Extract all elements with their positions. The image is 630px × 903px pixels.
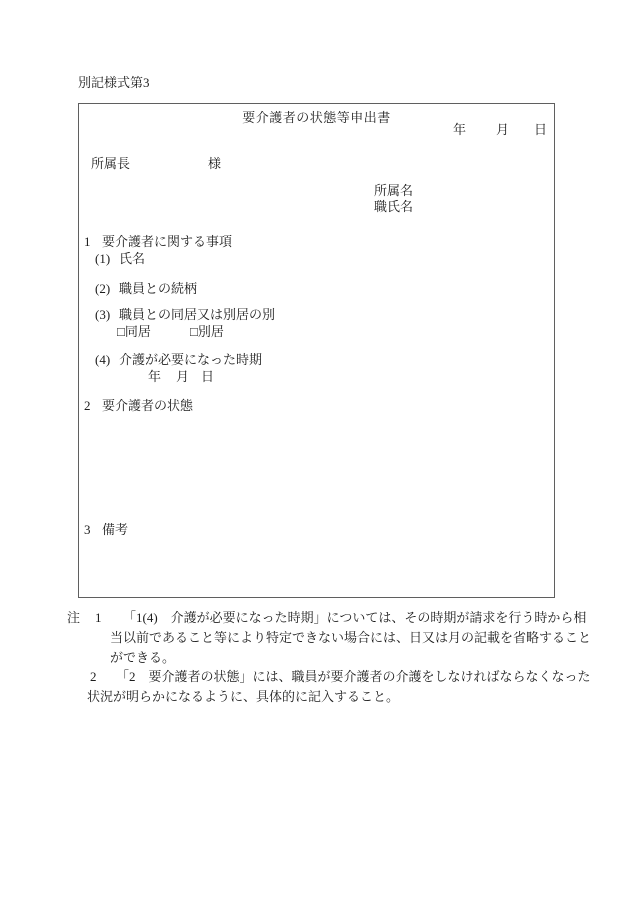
addressee-honorific: 様 (208, 157, 221, 170)
section1-heading: 要介護者に関する事項 (102, 235, 232, 248)
item1-number: (1) (95, 252, 110, 265)
date-year-label: 年 (453, 123, 466, 136)
item4-month-label: 月 (176, 370, 189, 383)
note1-line2: 当以前であること等により特定できない場合には、日又は月の記載を省略すること (110, 631, 591, 644)
checkbox-living-together-icon[interactable]: □ (117, 325, 125, 338)
date-month-label: 月 (496, 123, 509, 136)
section2-number: 2 (84, 399, 91, 412)
name-label: 職氏名 (374, 200, 413, 213)
section2-heading: 要介護者の状態 (102, 399, 193, 412)
form-box: 要介護者の状態等申出書 年 月 日 所属長 様 所属名 職氏名 1 要介護者に関… (78, 103, 555, 598)
item4-day-label: 日 (201, 370, 214, 383)
item4-year-label: 年 (148, 370, 161, 383)
date-day-label: 日 (534, 123, 547, 136)
option-living-apart-label: 別居 (198, 324, 224, 339)
item4-number: (4) (95, 353, 110, 366)
option-living-together: □同居 (117, 325, 151, 338)
section3-number: 3 (84, 523, 91, 536)
note2-line1: 「2 要介護者の状態」には、職員が要介護者の介護をしなければならなくなった (116, 670, 591, 683)
item2-number: (2) (95, 282, 110, 295)
item4-label: 介護が必要になった時期 (119, 353, 262, 366)
document-page: 別記様式第3 要介護者の状態等申出書 年 月 日 所属長 様 所属名 職氏名 1… (0, 0, 630, 903)
section3-heading: 備考 (102, 523, 128, 536)
item3-label: 職員との同居又は別居の別 (119, 308, 275, 321)
section1-number: 1 (84, 235, 91, 248)
notes-marker: 注 (67, 611, 80, 624)
option-living-together-label: 同居 (125, 324, 151, 339)
note2-number: 2 (90, 670, 97, 683)
note1-number: 1 (95, 611, 102, 624)
item1-label: 氏名 (119, 252, 145, 265)
note1-line1: 「1(4) 介護が必要になった時期」については、その時期が請求を行う時から相 (123, 611, 586, 624)
note2-line2: 状況が明らかになるように、具体的に記入すること。 (87, 690, 399, 703)
note1-line3: ができる。 (110, 651, 175, 664)
addressee-label: 所属長 (91, 157, 130, 170)
form-title: 要介護者の状態等申出書 (79, 111, 554, 124)
item3-number: (3) (95, 308, 110, 321)
checkbox-living-apart-icon[interactable]: □ (190, 325, 198, 338)
affiliation-label: 所属名 (374, 184, 413, 197)
option-living-apart: □別居 (190, 325, 224, 338)
form-code: 別記様式第3 (78, 76, 150, 89)
item2-label: 職員との続柄 (119, 282, 197, 295)
